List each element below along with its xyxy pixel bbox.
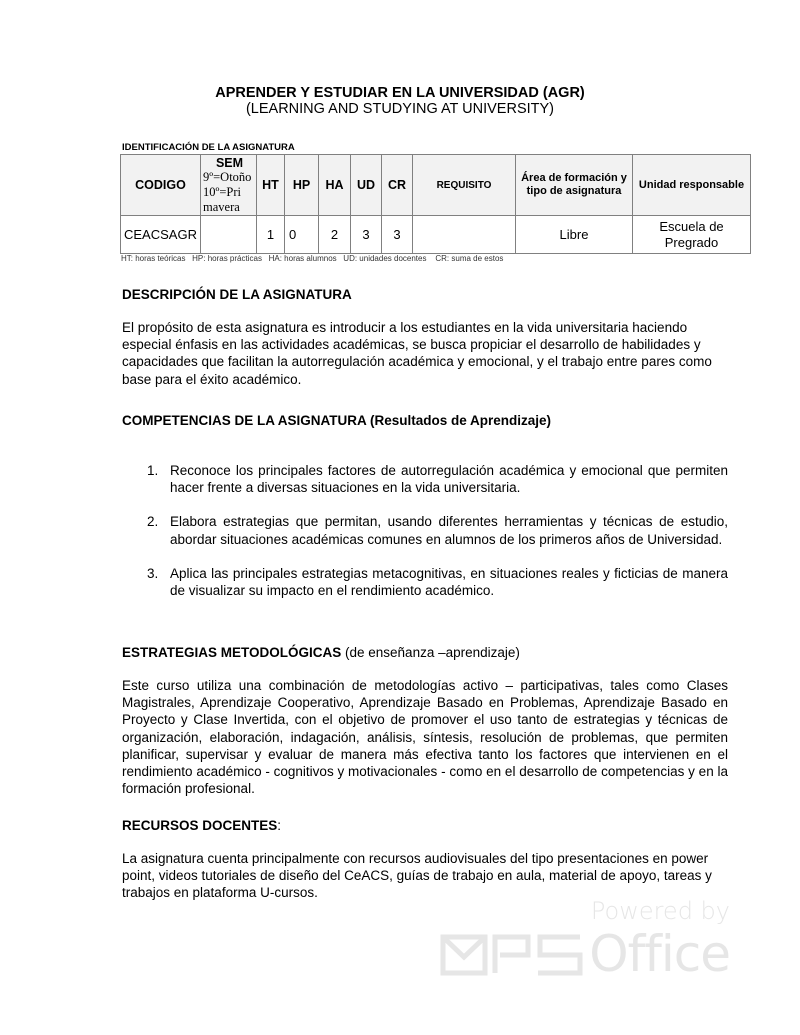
list-item-number: 3. [147, 565, 158, 582]
cell-ha: 2 [319, 216, 351, 254]
identification-table: CODIGO SEM 9º=Otoño 10º=Pri mavera HT HP… [120, 154, 751, 254]
title-subtitle: (LEARNING AND STUDYING AT UNIVERSITY) [0, 101, 800, 117]
recursos-heading-bold: RECURSOS DOCENTES [122, 818, 277, 833]
cell-requisito [413, 216, 516, 254]
table-header-row: CODIGO SEM 9º=Otoño 10º=Pri mavera HT HP… [121, 155, 751, 216]
table-legend: HT: horas teóricas HP: horas prácticas H… [121, 254, 503, 263]
competencias-list: 1. Reconoce los principales factores de … [122, 462, 728, 616]
cell-unidad: Escuela de Pregrado [633, 216, 751, 254]
list-item: 1. Reconoce los principales factores de … [122, 462, 728, 496]
list-item-text: Reconoce los principales factores de aut… [170, 463, 728, 495]
recursos-text: La asignatura cuenta principalmente con … [122, 850, 728, 902]
header-sem-note-3: mavera [203, 200, 256, 215]
header-sem-note-2: 10º=Pri [203, 185, 256, 200]
recursos-heading-normal: : [277, 818, 281, 833]
header-requisito: REQUISITO [413, 155, 516, 216]
estrategias-text: Este curso utiliza una combinación de me… [122, 677, 728, 797]
estrategias-heading-normal: (de enseñanza –aprendizaje) [341, 645, 520, 660]
cell-ht: 1 [257, 216, 285, 254]
header-ht: HT [257, 155, 285, 216]
cell-sem [201, 216, 257, 254]
descripcion-text: El propósito de esta asignatura es intro… [122, 319, 728, 388]
header-ud: UD [351, 155, 382, 216]
list-item-text: Elabora estrategias que permitan, usando… [170, 514, 728, 546]
document-title: APRENDER Y ESTUDIAR EN LA UNIVERSIDAD (A… [0, 85, 800, 117]
list-item: 2. Elabora estrategias que permitan, usa… [122, 513, 728, 547]
header-sem-note-1: 9º=Otoño [203, 170, 256, 185]
competencias-heading: COMPETENCIAS DE LA ASIGNATURA (Resultado… [122, 413, 551, 428]
header-ha: HA [319, 155, 351, 216]
header-area: Área de formación y tipo de asignatura [516, 155, 633, 216]
estrategias-heading-bold: ESTRATEGIAS METODOLÓGICAS [122, 645, 341, 660]
wps-watermark: Powered by Office [440, 895, 740, 985]
cell-area: Libre [516, 216, 633, 254]
cell-ud: 3 [351, 216, 382, 254]
header-sem: SEM 9º=Otoño 10º=Pri mavera [201, 155, 257, 216]
list-item-number: 2. [147, 513, 158, 530]
watermark-brand-text: Office [589, 925, 730, 983]
cell-codigo: CEACSAGR [121, 216, 201, 254]
title-main: APRENDER Y ESTUDIAR EN LA UNIVERSIDAD (A… [0, 85, 800, 101]
table-row: CEACSAGR 1 0 2 3 3 Libre Escuela de Preg… [121, 216, 751, 254]
header-sem-title: SEM [203, 156, 256, 170]
descripcion-heading: DESCRIPCIÓN DE LA ASIGNATURA [122, 287, 352, 302]
header-hp: HP [285, 155, 319, 216]
estrategias-heading: ESTRATEGIAS METODOLÓGICAS (de enseñanza … [122, 645, 520, 660]
recursos-heading: RECURSOS DOCENTES: [122, 818, 281, 833]
identification-label: IDENTIFICACIÓN DE LA ASIGNATURA [122, 142, 295, 153]
list-item-number: 1. [147, 462, 158, 479]
wps-logo-icon [440, 933, 590, 977]
list-item: 3. Aplica las principales estrategias me… [122, 565, 728, 599]
list-item-text: Aplica las principales estrategias metac… [170, 566, 728, 598]
header-cr: CR [382, 155, 413, 216]
header-unidad: Unidad responsable [633, 155, 751, 216]
header-codigo: CODIGO [121, 155, 201, 216]
cell-cr: 3 [382, 216, 413, 254]
cell-hp: 0 [285, 216, 319, 254]
